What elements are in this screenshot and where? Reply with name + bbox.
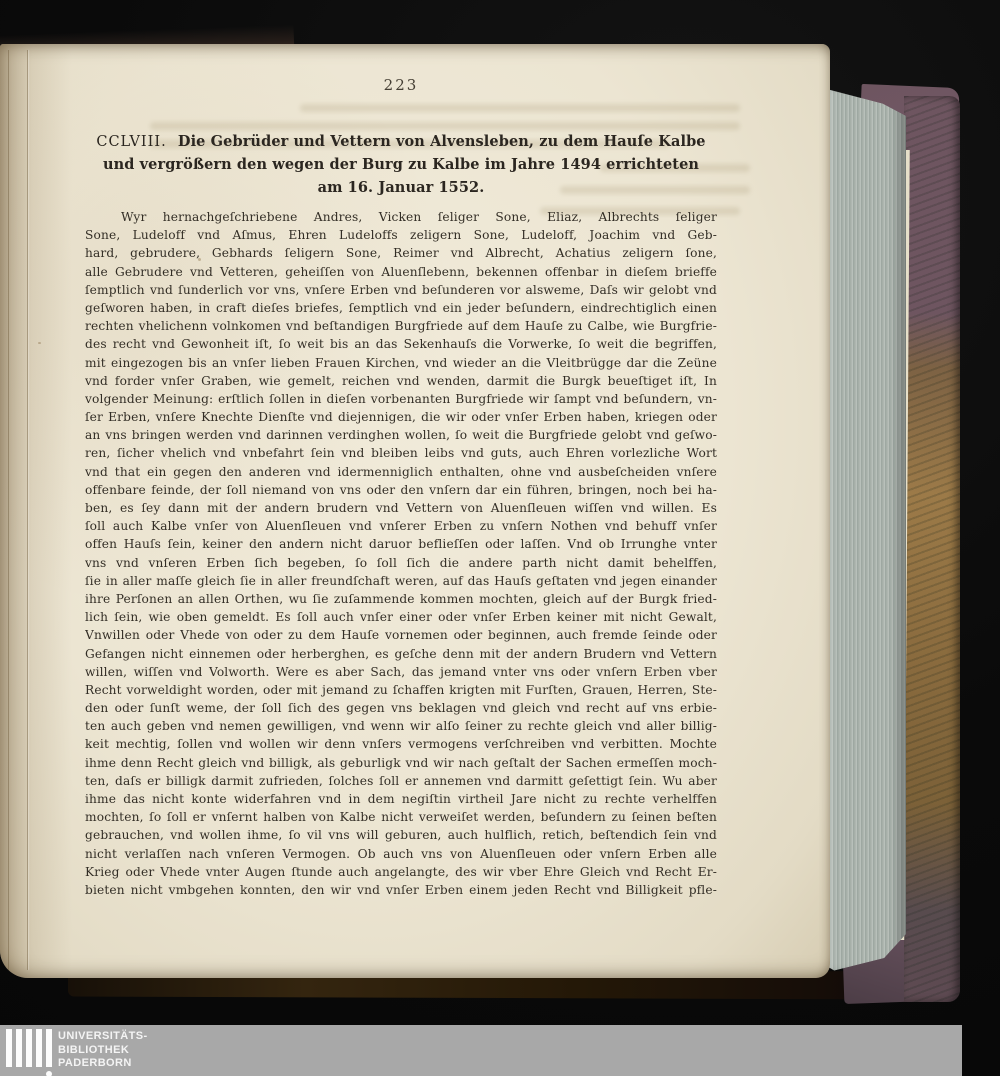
library-banner: UNIVERSITÄTS- BIBLIOTHEK PADERBORN (0, 1025, 962, 1076)
body-line: lich ſein, wie oben gemeldt. Es ſoll auc… (85, 608, 717, 626)
body-line: geſworen haben, in craft dieſes briefes,… (85, 299, 717, 317)
charter-numeral: CCLVIII. (96, 134, 166, 150)
heading-line-3: am 16. Januar 1552. (85, 176, 717, 199)
body-line: alle Gebrudere vnd Vetteren, geheiſſen v… (85, 263, 717, 281)
library-name-line-2: BIBLIOTHEK (58, 1044, 148, 1058)
logo-dot (46, 1071, 52, 1076)
body-line: rechten vhelichenn volnkomen vnd beſtand… (85, 317, 717, 335)
ub-paderborn-logo-icon (6, 1029, 54, 1075)
body-line: offenbare feinde, der ſoll niemand von v… (85, 481, 717, 499)
heading-line-2: und vergrößern den wegen der Burg zu Kal… (85, 153, 717, 176)
body-text: Wyr hernachgeſchriebene Andres, Vicken ſ… (85, 208, 717, 899)
body-line: den oder ſunſt weme, der ſoll ſich des g… (85, 699, 717, 717)
body-line: an vns bringen werden vnd darinnen verdi… (85, 426, 717, 444)
show-through-text (150, 122, 740, 130)
body-line: Vnwillen oder Vhede von oder zu dem Hauſ… (85, 626, 717, 644)
body-line: mit eingezogen bis an vnſer lieben Fraue… (85, 354, 717, 372)
gutter-shadow (0, 44, 72, 978)
page-number: 223 (85, 76, 717, 96)
body-line: Gefangen nicht einnemen oder herberghen,… (85, 645, 717, 663)
page-crease (8, 50, 9, 970)
body-line: ihre Perſonen an allen Orthen, wu ſie zu… (85, 590, 717, 608)
body-line: volgender Meinung: erſtlich ſollen in di… (85, 390, 717, 408)
body-line: ten, daſs er billigk darmit zufrieden, ſ… (85, 772, 717, 790)
body-line: vns vnd vnſeren Erben ſich begeben, ſo ſ… (85, 554, 717, 572)
library-name-line-3: PADERBORN (58, 1057, 148, 1071)
library-name-line-1: UNIVERSITÄTS- (58, 1030, 148, 1044)
body-line: hard, gebrudere, Gebhards ſeligern Sone,… (85, 244, 717, 262)
body-line: offen Hauſs ſein, keiner den andern nich… (85, 535, 717, 553)
logo-bar (26, 1029, 32, 1067)
body-line: ren, ſicher vhelich vnd vnbefahrt ſein v… (85, 444, 717, 462)
page-crease (27, 50, 28, 970)
marbled-book-cover (904, 96, 960, 1002)
library-name: UNIVERSITÄTS- BIBLIOTHEK PADERBORN (58, 1030, 148, 1071)
body-line: ſoll auch Kalbe vnſer von Aluenſleuen vn… (85, 517, 717, 535)
logo-bar (6, 1029, 12, 1067)
body-line: vnd forder vnſer Graben, wie gemelt, rei… (85, 372, 717, 390)
show-through-text (300, 104, 740, 112)
body-line: ben, es ſey dann mit der andern brudern … (85, 499, 717, 517)
charter-heading: CCLVIII. Die Gebrüder und Vettern von Al… (85, 130, 717, 199)
body-line: mochten, ſo ſoll er vnſernt halben von K… (85, 808, 717, 826)
body-line: des recht vnd Gewonheit iſt, ſo weit bis… (85, 335, 717, 353)
body-line: ihme das nicht konte widerfahren vnd in … (85, 790, 717, 808)
heading-line-1: CCLVIII. Die Gebrüder und Vettern von Al… (85, 130, 717, 153)
book-page: 223 CCLVIII. Die Gebrüder und Vettern vo… (0, 44, 830, 978)
body-line: Krieg oder Vhede vnter Augen ſtunde auch… (85, 863, 717, 881)
foxing-speck (38, 342, 41, 344)
logo-bar (36, 1029, 42, 1067)
body-line: Wyr hernachgeſchriebene Andres, Vicken ſ… (85, 208, 717, 226)
body-line: nicht verlaſſen nach vnſeren Vermogen. O… (85, 845, 717, 863)
logo-bar (16, 1029, 22, 1067)
body-line: willen, wiſſen vnd Volworth. Were es abe… (85, 663, 717, 681)
scan-photo: 223 CCLVIII. Die Gebrüder und Vettern vo… (0, 0, 1000, 1076)
body-line: Sone, Ludeloff vnd Aſmus, Ehren Ludeloff… (85, 226, 717, 244)
body-line: keit mechtig, ſollen vnd wollen wir denn… (85, 735, 717, 753)
body-line: ihme denn Recht gleich vnd billigk, als … (85, 754, 717, 772)
body-line: vnd that ein gegen den anderen vnd iderm… (85, 463, 717, 481)
page-fore-edge-stack (828, 84, 906, 974)
logo-bar (46, 1029, 52, 1067)
heading-text-1: Die Gebrüder und Vettern von Alvensleben… (178, 133, 706, 153)
body-line: ſie in aller maſſe gleich ſie in aller f… (85, 572, 717, 590)
body-line: ten auch geben vnd nemen gewilligen, vnd… (85, 717, 717, 735)
body-line: ſer Erben, vnſere Knechte Dienſte vnd di… (85, 408, 717, 426)
body-line: gebrauchen, vnd wollen ihme, ſo vil vns … (85, 826, 717, 844)
body-line: Recht vorweldight worden, oder mit jeman… (85, 681, 717, 699)
body-line: ſemptlich vnd ſunderlich vor vns, vnſere… (85, 281, 717, 299)
body-line: bieten nicht vmbgehen konnten, den wir v… (85, 881, 717, 899)
